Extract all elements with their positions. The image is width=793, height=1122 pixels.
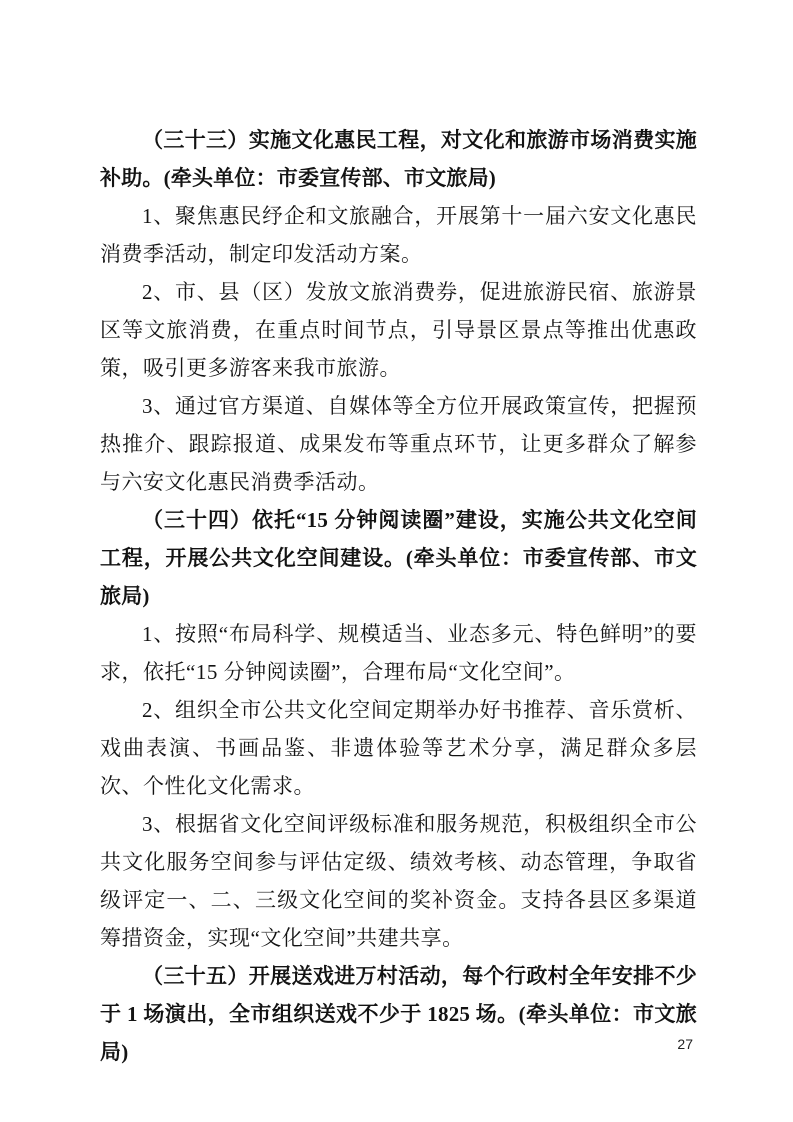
section-heading: （三十三）实施文化惠民工程，对文化和旅游市场消费实施补助。(牵头单位：市委宣传部… <box>100 121 697 197</box>
paragraph: 1、按照“布局科学、规模适当、业态多元、特色鲜明”的要求，依托“15 分钟阅读圈… <box>100 615 697 691</box>
section-heading: （三十四）依托“15 分钟阅读圈”建设，实施公共文化空间工程，开展公共文化空间建… <box>100 501 697 615</box>
document-page: （三十三）实施文化惠民工程，对文化和旅游市场消费实施补助。(牵头单位：市委宣传部… <box>0 0 793 1122</box>
section-34: （三十四）依托“15 分钟阅读圈”建设，实施公共文化空间工程，开展公共文化空间建… <box>100 501 697 957</box>
paragraph: 1、聚焦惠民纾企和文旅融合，开展第十一届六安文化惠民消费季活动，制定印发活动方案… <box>100 197 697 273</box>
document-body: （三十三）实施文化惠民工程，对文化和旅游市场消费实施补助。(牵头单位：市委宣传部… <box>100 121 697 1071</box>
page-number: 27 <box>677 1036 693 1052</box>
paragraph: 2、市、县（区）发放文旅消费券，促进旅游民宿、旅游景区等文旅消费，在重点时间节点… <box>100 273 697 387</box>
section-33: （三十三）实施文化惠民工程，对文化和旅游市场消费实施补助。(牵头单位：市委宣传部… <box>100 121 697 501</box>
paragraph: 2、组织全市公共文化空间定期举办好书推荐、音乐赏析、戏曲表演、书画品鉴、非遗体验… <box>100 691 697 805</box>
paragraph: 3、根据省文化空间评级标准和服务规范，积极组织全市公共文化服务空间参与评估定级、… <box>100 805 697 957</box>
section-heading: （三十五）开展送戏进万村活动，每个行政村全年安排不少于 1 场演出，全市组织送戏… <box>100 957 697 1071</box>
section-35: （三十五）开展送戏进万村活动，每个行政村全年安排不少于 1 场演出，全市组织送戏… <box>100 957 697 1071</box>
paragraph: 3、通过官方渠道、自媒体等全方位开展政策宣传，把握预热推介、跟踪报道、成果发布等… <box>100 387 697 501</box>
